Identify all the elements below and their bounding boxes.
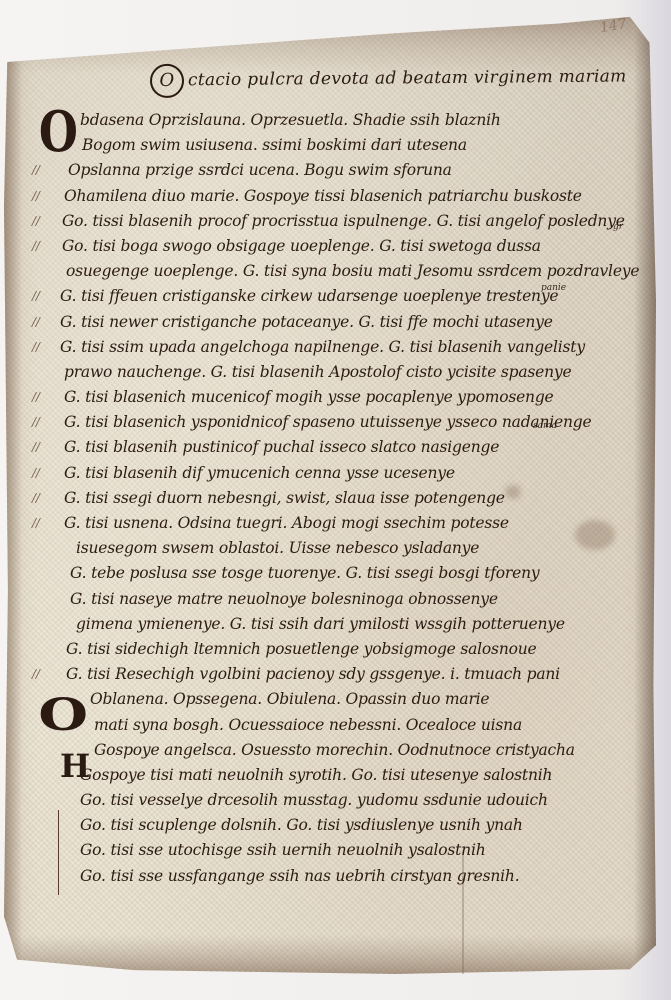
text-line: //G. tisi blasenih pustinicof puchal iss… bbox=[50, 435, 640, 460]
text-line: bdasena Oprzislauna. Oprzesuetla. Shadie… bbox=[50, 108, 640, 133]
text-line: osuegenge uoeplenge. G. tisi syna bosiu … bbox=[50, 259, 640, 284]
text-line: Go. tisi vesselye drcesolih musstag. yud… bbox=[50, 788, 640, 813]
heading-initial: O bbox=[150, 64, 184, 98]
text-line: prawo nauchenge. G. tisi blasenih Aposto… bbox=[50, 360, 640, 385]
text-line: //G. tisi newer cristiganche potaceanye.… bbox=[50, 310, 640, 335]
text-line: G. tisi sidechigh ltemnich posuetlenge y… bbox=[50, 637, 640, 662]
text-line: isuesegom swsem oblastoi. Uisse nebesco … bbox=[50, 536, 640, 561]
manuscript-heading: Octacio pulcra devota ad beatam virginem… bbox=[150, 60, 627, 98]
text-line: Gospoye tisi mati neuolnih syrotih. Go. … bbox=[50, 763, 640, 788]
text-line: //Go. tisi boga swogo obsigage uoeplenge… bbox=[50, 234, 640, 259]
text-line: //Opslanna przige ssrdci ucena. Bogu swi… bbox=[50, 158, 640, 183]
text-line: Bogom swim usiusena. ssimi boskimi dari … bbox=[50, 133, 640, 158]
manuscript-text: bdasena Oprzislauna. Oprzesuetla. Shadie… bbox=[50, 108, 640, 889]
text-line: Gospoye angelsca. Osuessto morechin. Ood… bbox=[50, 738, 640, 763]
text-line: Go. tisi scuplenge dolsnih. Go. tisi ysd… bbox=[50, 813, 640, 838]
text-line: //G. tisi blasenich mucenicof mogih ysse… bbox=[50, 385, 640, 410]
text-line: mati syna bosgh. Ocuessaioce nebessni. O… bbox=[50, 713, 640, 738]
text-line: //G. tisi ssim upada angelchoga napilnen… bbox=[50, 335, 640, 360]
text-line: //G. tisi ssegi duorn nebesngi, swist, s… bbox=[50, 486, 640, 511]
text-line: //Go. tissi blasenih procof procrisstua … bbox=[50, 209, 640, 234]
text-line: //G. tisi blasenich ysponidnicof spaseno… bbox=[50, 410, 640, 435]
text-line: //G. tisi blasenih dif ymucenich cenna y… bbox=[50, 461, 640, 486]
photo-stage: 147 Octacio pulcra devota ad beatam virg… bbox=[0, 0, 671, 1000]
text-line: G. tisi naseye matre neuolnoye bolesnino… bbox=[50, 587, 640, 612]
text-line: Go. tisi sse utochisge ssih uernih neuol… bbox=[50, 838, 640, 863]
text-line: //G. tisi Resechigh vgolbini pacienoy sd… bbox=[50, 662, 640, 687]
text-line: //G. tisi usnena. Odsina tuegri. Abogi m… bbox=[50, 511, 640, 536]
text-line: //Ohamilena diuo marie. Gospoye tissi bl… bbox=[50, 184, 640, 209]
text-line: gimena ymienenye. G. tisi ssih dari ymil… bbox=[50, 612, 640, 637]
heading-text: ctacio pulcra devota ad beatam virginem … bbox=[188, 66, 627, 90]
text-line: //G. tisi ffeuen cristiganske cirkew uda… bbox=[50, 284, 640, 309]
text-line: Go. tisi sse ussfangange ssih nas uebrih… bbox=[50, 864, 640, 889]
text-line: Oblanena. Opssegena. Obiulena. Opassin d… bbox=[50, 687, 640, 712]
text-line: G. tebe poslusa sse tosge tuorenye. G. t… bbox=[50, 561, 640, 586]
